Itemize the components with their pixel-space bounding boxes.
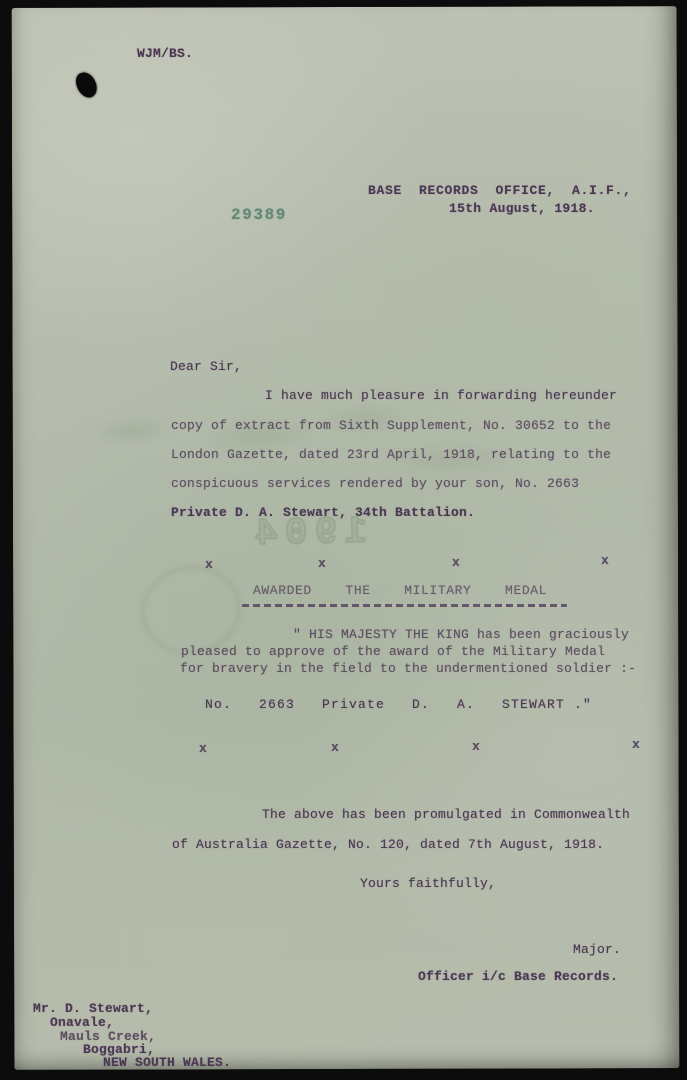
body-line: Private D. A. Stewart, 34th Battalion. bbox=[171, 506, 475, 520]
quotation-line: pleased to approve of the award of the M… bbox=[181, 645, 605, 659]
separator-x: x bbox=[318, 557, 326, 571]
body-line: The above has been promulgated in Common… bbox=[262, 808, 630, 822]
recipient-address-line: NEW SOUTH WALES. bbox=[103, 1056, 231, 1070]
body-line: of Australia Gazette, No. 120, dated 7th… bbox=[172, 838, 604, 852]
award-heading-underline bbox=[242, 604, 567, 607]
scanned-letter-document: 1904 WJM/BS. BASE RECORDS OFFICE, A.I.F.… bbox=[0, 0, 687, 1080]
separator-x: x bbox=[632, 738, 640, 752]
salutation: Dear Sir, bbox=[170, 360, 242, 374]
body-line: I have much pleasure in forwarding hereu… bbox=[265, 389, 617, 403]
separator-x: x bbox=[205, 558, 213, 572]
reference-initials: WJM/BS. bbox=[137, 47, 193, 61]
body-line: conspicuous services rendered by your so… bbox=[171, 477, 579, 491]
recipient-address-line: Onavale, bbox=[50, 1016, 114, 1030]
separator-x: x bbox=[452, 556, 460, 570]
separator-x: x bbox=[199, 742, 207, 756]
signature-title: Officer i/c Base Records. bbox=[418, 970, 618, 984]
letterhead-office: BASE RECORDS OFFICE, A.I.F., bbox=[368, 184, 632, 198]
registry-stamp-number: 29389 bbox=[231, 206, 287, 224]
letterhead-date: 15th August, 1918. bbox=[449, 202, 595, 216]
award-recipient-line: No. 2663 Private D. A. STEWART ." bbox=[205, 698, 592, 712]
body-line: copy of extract from Sixth Supplement, N… bbox=[171, 419, 611, 433]
closing-salutation: Yours faithfully, bbox=[360, 877, 496, 891]
separator-x: x bbox=[601, 554, 609, 568]
signature-rank: Major. bbox=[573, 943, 621, 957]
separator-x: x bbox=[472, 740, 480, 754]
body-line: London Gazette, dated 23rd April, 1918, … bbox=[171, 448, 611, 462]
quotation-line: " HIS MAJESTY THE KING has been gracious… bbox=[293, 628, 629, 642]
recipient-address-line: Mr. D. Stewart, bbox=[33, 1002, 153, 1016]
award-heading: AWARDED THE MILITARY MEDAL bbox=[253, 584, 547, 598]
separator-x: x bbox=[331, 741, 339, 755]
quotation-line: for bravery in the field to the undermen… bbox=[180, 662, 636, 676]
